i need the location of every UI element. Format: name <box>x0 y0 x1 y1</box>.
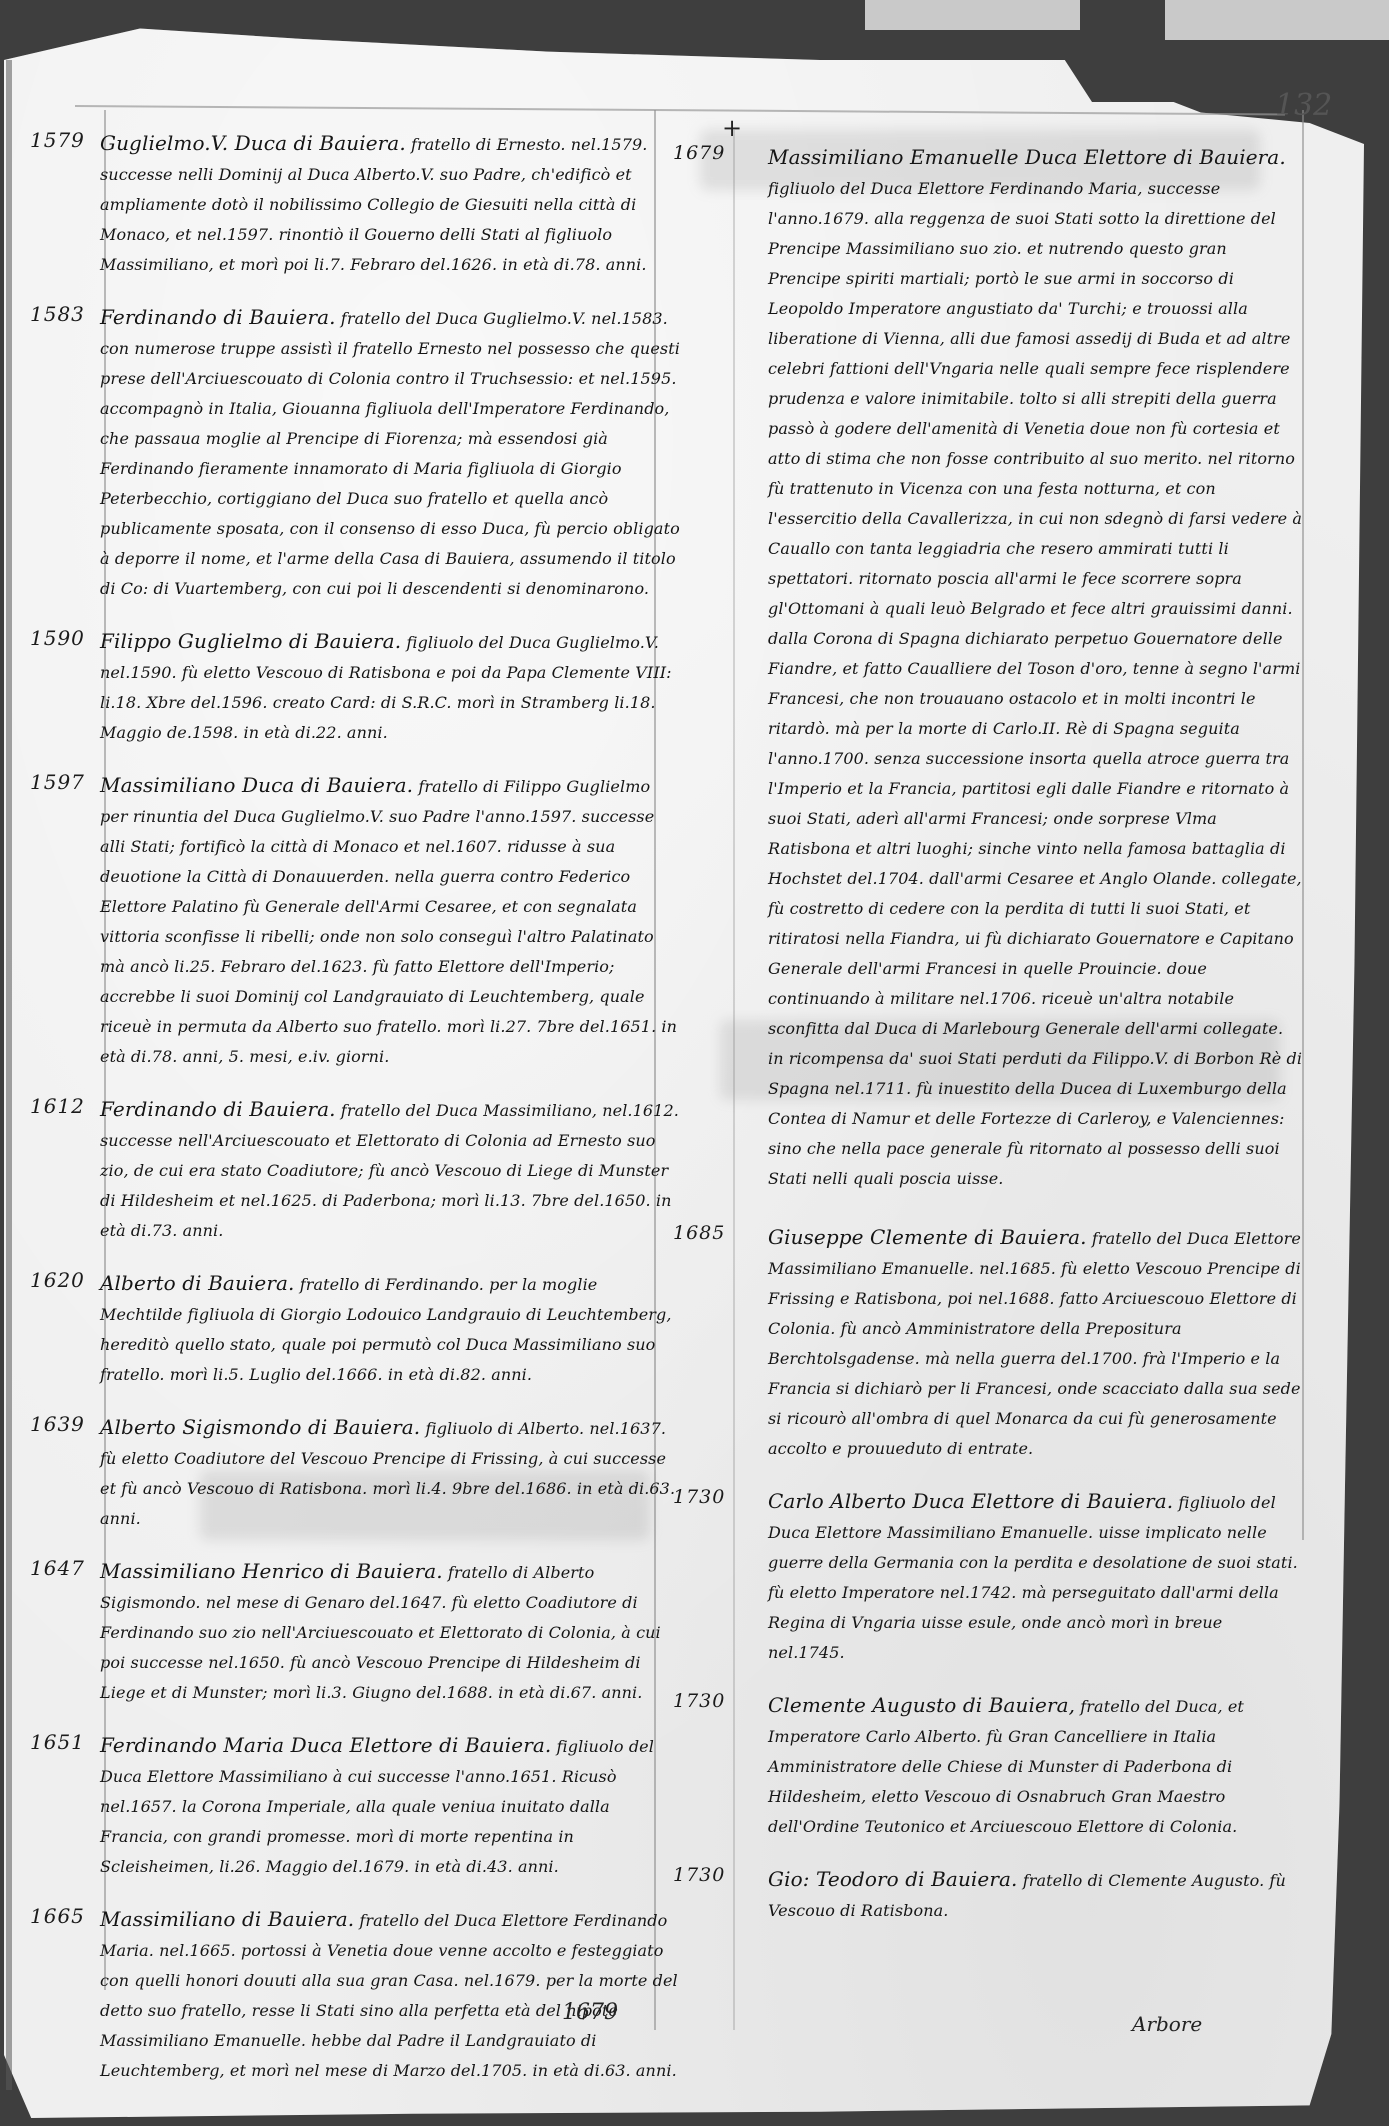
entry-1639: 1639 Alberto Sigismondo di Bauiera. figl… <box>30 1412 680 1534</box>
entry-text: figliuolo del Duca Elettore Massimiliano… <box>100 1737 654 1876</box>
entry-name: Massimiliano di Bauiera. <box>100 1907 354 1931</box>
entry-name: Carlo Alberto Duca Elettore di Bauiera. <box>768 1489 1173 1513</box>
entry-text: figliuolo del Duca Elettore Ferdinando M… <box>768 179 1302 1188</box>
entry-year: 1612 <box>30 1094 98 1118</box>
entry-name: Ferdinando di Bauiera. <box>100 1097 336 1121</box>
entry-1730-carlo-alberto: 1730 Carlo Alberto Duca Elettore di Baui… <box>718 1486 1303 1668</box>
entry-text: fratello di Filippo Guglielmo per rinunt… <box>100 777 677 1066</box>
entry-year: 1583 <box>30 302 98 326</box>
folio-number: 132 <box>1275 88 1332 123</box>
entry-1597: 1597 Massimiliano Duca di Bauiera. frate… <box>30 770 680 1072</box>
entry-name: Alberto Sigismondo di Bauiera. <box>100 1415 420 1439</box>
torn-paper-fragment <box>865 0 1080 30</box>
entry-name: Massimiliano Henrico di Bauiera. <box>100 1559 443 1583</box>
entry-name: Giuseppe Clemente di Bauiera. <box>768 1225 1087 1249</box>
catchword: Arbore <box>1132 2012 1202 2036</box>
left-column: 1579 Guglielmo.V. Duca di Bauiera. frate… <box>30 128 680 2108</box>
entry-name: Ferdinando di Bauiera. <box>100 305 336 329</box>
entry-1651: 1651 Ferdinando Maria Duca Elettore di B… <box>30 1730 680 1882</box>
entry-1647: 1647 Massimiliano Henrico di Bauiera. fr… <box>30 1556 680 1708</box>
entry-year: 1639 <box>30 1412 98 1436</box>
entry-year: 1730 <box>673 1486 733 1508</box>
entry-year: 1665 <box>30 1904 98 1928</box>
entry-text: fratello del Duca, et Imperatore Carlo A… <box>768 1697 1244 1836</box>
entry-1665: 1665 Massimiliano di Bauiera. fratello d… <box>30 1904 680 2086</box>
entry-name: Massimiliano Emanuelle Duca Elettore di … <box>768 145 1286 169</box>
entry-year: 1685 <box>673 1222 733 1244</box>
entry-name: Alberto di Bauiera. <box>100 1271 295 1295</box>
entry-1590: 1590 Filippo Guglielmo di Bauiera. figli… <box>30 626 680 748</box>
torn-paper-fragment <box>1165 0 1389 40</box>
top-cross-mark: + <box>722 114 742 142</box>
entry-1579: 1579 Guglielmo.V. Duca di Bauiera. frate… <box>30 128 680 280</box>
entry-year: 1679 <box>673 142 733 164</box>
entry-name: Filippo Guglielmo di Bauiera. <box>100 629 401 653</box>
entry-name: Massimiliano Duca di Bauiera. <box>100 773 413 797</box>
entry-name: Gio: Teodoro di Bauiera. <box>768 1867 1018 1891</box>
entry-name: Clemente Augusto di Bauiera, <box>768 1693 1075 1717</box>
entry-1679: 1679 Massimiliano Emanuelle Duca Elettor… <box>718 142 1303 1194</box>
binding-edge <box>6 60 12 2090</box>
entry-1583: 1583 Ferdinando di Bauiera. fratello del… <box>30 302 680 604</box>
entry-year: 1590 <box>30 626 98 650</box>
entry-year: 1620 <box>30 1268 98 1292</box>
footer-year-mark: 1679 <box>562 2000 618 2025</box>
entry-text: fratello di Ernesto. nel.1579. successe … <box>100 135 647 274</box>
entry-year: 1651 <box>30 1730 98 1754</box>
entry-name: Ferdinando Maria Duca Elettore di Bauier… <box>100 1733 551 1757</box>
entry-year: 1597 <box>30 770 98 794</box>
entry-year: 1730 <box>673 1864 733 1886</box>
entry-name: Guglielmo.V. Duca di Bauiera. <box>100 131 406 155</box>
entry-1620: 1620 Alberto di Bauiera. fratello di Fer… <box>30 1268 680 1390</box>
entry-text: fratello del Duca Guglielmo.V. nel.1583.… <box>100 309 680 598</box>
entry-1730-gio-teodoro: 1730 Gio: Teodoro di Bauiera. fratello d… <box>718 1864 1303 1926</box>
entry-text: figliuolo del Duca Elettore Massimiliano… <box>768 1493 1298 1662</box>
entry-year: 1647 <box>30 1556 98 1580</box>
entry-1730-clemente-augusto: 1730 Clemente Augusto di Bauiera, fratel… <box>718 1690 1303 1842</box>
entry-text: fratello del Duca Massimiliano, nel.1612… <box>100 1101 679 1240</box>
entry-1612: 1612 Ferdinando di Bauiera. fratello del… <box>30 1094 680 1246</box>
entry-text: fratello del Duca Elettore Ferdinando Ma… <box>100 1911 678 2080</box>
entry-1685: 1685 Giuseppe Clemente di Bauiera. frate… <box>718 1222 1303 1464</box>
entry-text: fratello di Alberto Sigismondo. nel mese… <box>100 1563 661 1702</box>
entry-year: 1730 <box>673 1690 733 1712</box>
right-column: 1679 Massimiliano Emanuelle Duca Elettor… <box>718 142 1303 1948</box>
entry-year: 1579 <box>30 128 98 152</box>
entry-text: fratello del Duca Elettore Massimiliano … <box>768 1229 1301 1458</box>
